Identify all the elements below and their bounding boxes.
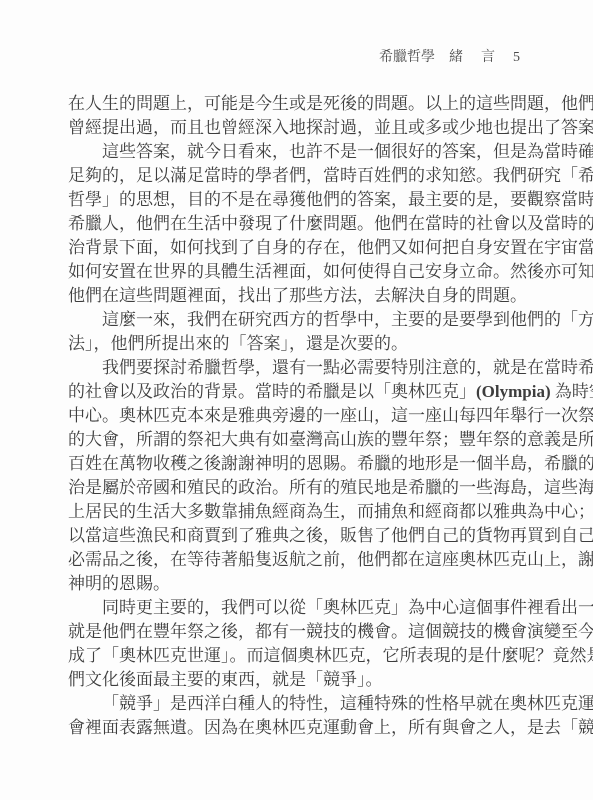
- line-text: 神明的恩賜。: [68, 574, 170, 593]
- body-text: 在人生的問題上，可能是今生或是死後的問題。以上的這些問題，他們都曾經提出過，而且…: [68, 92, 530, 740]
- text-line: 必需品之後，在等待著船隻返航之前，他們都在這座奧林匹克山上，謝謝: [68, 548, 530, 572]
- line-text: 必需品之後，在等待著船隻返航之前，他們都在這座奧林匹克山上，謝謝: [68, 550, 593, 569]
- text-line: 的社會以及政治的背景。當時的希臘是以「奧林匹克」(Olympia) 為時空的: [68, 380, 530, 404]
- text-line: 足夠的，足以滿足當時的學者們，當時百姓們的求知慾。我們研究「希臘: [68, 164, 530, 188]
- line-text: 他們在這些問題裡面，找出了那些方法，去解決自身的問題。: [68, 286, 527, 305]
- line-text: 法」，他們所提出來的「答案」，還是次要的。: [68, 334, 408, 353]
- text-line: 會裡面表露無遺。因為在奧林匹克運動會上，所有與會之人，是去「競: [68, 716, 530, 740]
- line-text: 哲學」的思想，目的不是在尋獲他們的答案，最主要的是，要觀察當時的: [68, 190, 593, 209]
- line-text: 成了「奧林匹克世運」。而這個奧林匹克，它所表現的是什麼呢？竟然是我: [68, 646, 593, 665]
- paragraph: 這些答案，就今日看來，也許不是一個很好的答案，但是為當時確是足夠的，足以滿足當時…: [68, 140, 530, 308]
- text-line: 中心。奧林匹克本來是雅典旁邊的一座山，這一座山每四年舉行一次祭神: [68, 404, 530, 428]
- line-text: 曾經提出過，而且也曾經深入地探討過，並且或多或少地也提出了答案。: [68, 118, 593, 137]
- paragraph: 在人生的問題上，可能是今生或是死後的問題。以上的這些問題，他們都曾經提出過，而且…: [68, 92, 530, 140]
- line-text: 會裡面表露無遺。因為在奧林匹克運動會上，所有與會之人，是去「競: [68, 718, 593, 737]
- line-text: 百姓在萬物收穫之後謝謝神明的恩賜。希臘的地形是一個半島，希臘的政: [68, 454, 593, 473]
- paragraph: 這麼一來，我們在研究西方的哲學中，主要的是要學到他們的「方法」，他們所提出來的「…: [68, 308, 530, 356]
- text-line: 希臘人，他們在生活中發現了什麼問題。他們在當時的社會以及當時的政: [68, 212, 530, 236]
- line-text: 就是他們在豐年祭之後，都有一競技的機會。這個競技的機會演變至今，: [68, 622, 593, 641]
- book-page: 希臘哲學緒 言5 在人生的問題上，可能是今生或是死後的問題。以上的這些問題，他們…: [0, 0, 593, 800]
- text-line: 法」，他們所提出來的「答案」，還是次要的。: [68, 332, 530, 356]
- paragraph: 同時更主要的，我們可以從「奧林匹克」為中心這個事件裡看出一點，就是他們在豐年祭之…: [68, 596, 530, 692]
- page-number: 5: [513, 50, 520, 65]
- text-line: 百姓在萬物收穫之後謝謝神明的恩賜。希臘的地形是一個半島，希臘的政: [68, 452, 530, 476]
- line-text: 們文化後面最主要的東西，就是「競爭」。: [68, 670, 383, 689]
- line-text: 治是屬於帝國和殖民的政治。所有的殖民地是希臘的一些海島，這些海島: [68, 478, 593, 497]
- line-text: 這麼一來，我們在研究西方的哲學中，主要的是要學到他們的「方: [102, 310, 593, 329]
- book-title: 希臘哲學: [379, 50, 435, 65]
- text-line: 在人生的問題上，可能是今生或是死後的問題。以上的這些問題，他們都: [68, 92, 530, 116]
- section-title: 緒 言: [449, 50, 497, 65]
- text-line: 的大會，所謂的祭祀大典有如臺灣高山族的豐年祭；豐年祭的意義是所有: [68, 428, 530, 452]
- line-text: 上居民的生活大多數靠捕魚經商為生，而捕魚和經商都以雅典為中心；所: [68, 502, 593, 521]
- paragraph: 我們要探討希臘哲學，還有一點必需要特別注意的，就是在當時希臘的社會以及政治的背景…: [68, 356, 530, 596]
- line-text: 同時更主要的，我們可以從「奧林匹克」為中心這個事件裡看出一點，: [102, 598, 593, 617]
- line-text: 希臘人，他們在生活中發現了什麼問題。他們在當時的社會以及當時的政: [68, 214, 593, 233]
- line-text: 的大會，所謂的祭祀大典有如臺灣高山族的豐年祭；豐年祭的意義是所有: [68, 430, 593, 449]
- line-text: 中心。奧林匹克本來是雅典旁邊的一座山，這一座山每四年舉行一次祭神: [68, 406, 593, 425]
- line-text: 這些答案，就今日看來，也許不是一個很好的答案，但是為當時確是: [102, 142, 593, 161]
- line-text: 在人生的問題上，可能是今生或是死後的問題。以上的這些問題，他們都: [68, 94, 593, 113]
- line-text: 的社會以及政治的背景。當時的希臘是以「奧林匹克」: [68, 382, 476, 401]
- running-header: 希臘哲學緒 言5: [379, 49, 520, 67]
- text-line: 治是屬於帝國和殖民的政治。所有的殖民地是希臘的一些海島，這些海島: [68, 476, 530, 500]
- line-text: 以當這些漁民和商賈到了雅典之後，販售了他們自己的貨物再買到自己的: [68, 526, 593, 545]
- text-line: 他們在這些問題裡面，找出了那些方法，去解決自身的問題。: [68, 284, 530, 308]
- line-text: 足夠的，足以滿足當時的學者們，當時百姓們的求知慾。我們研究「希臘: [68, 166, 593, 185]
- text-line: 這麼一來，我們在研究西方的哲學中，主要的是要學到他們的「方: [68, 308, 530, 332]
- text-line: 我們要探討希臘哲學，還有一點必需要特別注意的，就是在當時希臘: [68, 356, 530, 380]
- paragraph: 「競爭」是西洋白種人的特性，這種特殊的性格早就在奧林匹克運動會裡面表露無遺。因為…: [68, 692, 530, 740]
- text-line: 治背景下面，如何找到了自身的存在，他們又如何把自身安置在宇宙當中，: [68, 236, 530, 260]
- text-line: 成了「奧林匹克世運」。而這個奧林匹克，它所表現的是什麼呢？竟然是我: [68, 644, 530, 668]
- text-line: 們文化後面最主要的東西，就是「競爭」。: [68, 668, 530, 692]
- text-line: 上居民的生活大多數靠捕魚經商為生，而捕魚和經商都以雅典為中心；所: [68, 500, 530, 524]
- text-line: 同時更主要的，我們可以從「奧林匹克」為中心這個事件裡看出一點，: [68, 596, 530, 620]
- text-line: 哲學」的思想，目的不是在尋獲他們的答案，最主要的是，要觀察當時的: [68, 188, 530, 212]
- line-text: 為時空的: [551, 382, 593, 401]
- line-text: 我們要探討希臘哲學，還有一點必需要特別注意的，就是在當時希臘: [102, 358, 593, 377]
- text-line: 如何安置在世界的具體生活裡面，如何使得自己安身立命。然後亦可知道，: [68, 260, 530, 284]
- text-line: 曾經提出過，而且也曾經深入地探討過，並且或多或少地也提出了答案。: [68, 116, 530, 140]
- text-line: 這些答案，就今日看來，也許不是一個很好的答案，但是為當時確是: [68, 140, 530, 164]
- text-line: 以當這些漁民和商賈到了雅典之後，販售了他們自己的貨物再買到自己的: [68, 524, 530, 548]
- line-text: 治背景下面，如何找到了自身的存在，他們又如何把自身安置在宇宙當中，: [68, 238, 593, 257]
- text-line: 神明的恩賜。: [68, 572, 530, 596]
- text-line: 就是他們在豐年祭之後，都有一競技的機會。這個競技的機會演變至今，: [68, 620, 530, 644]
- latin-bold-text: (Olympia): [476, 382, 551, 401]
- line-text: 如何安置在世界的具體生活裡面，如何使得自己安身立命。然後亦可知道，: [68, 262, 593, 281]
- line-text: 「競爭」是西洋白種人的特性，這種特殊的性格早就在奧林匹克運動: [102, 694, 593, 713]
- text-line: 「競爭」是西洋白種人的特性，這種特殊的性格早就在奧林匹克運動: [68, 692, 530, 716]
